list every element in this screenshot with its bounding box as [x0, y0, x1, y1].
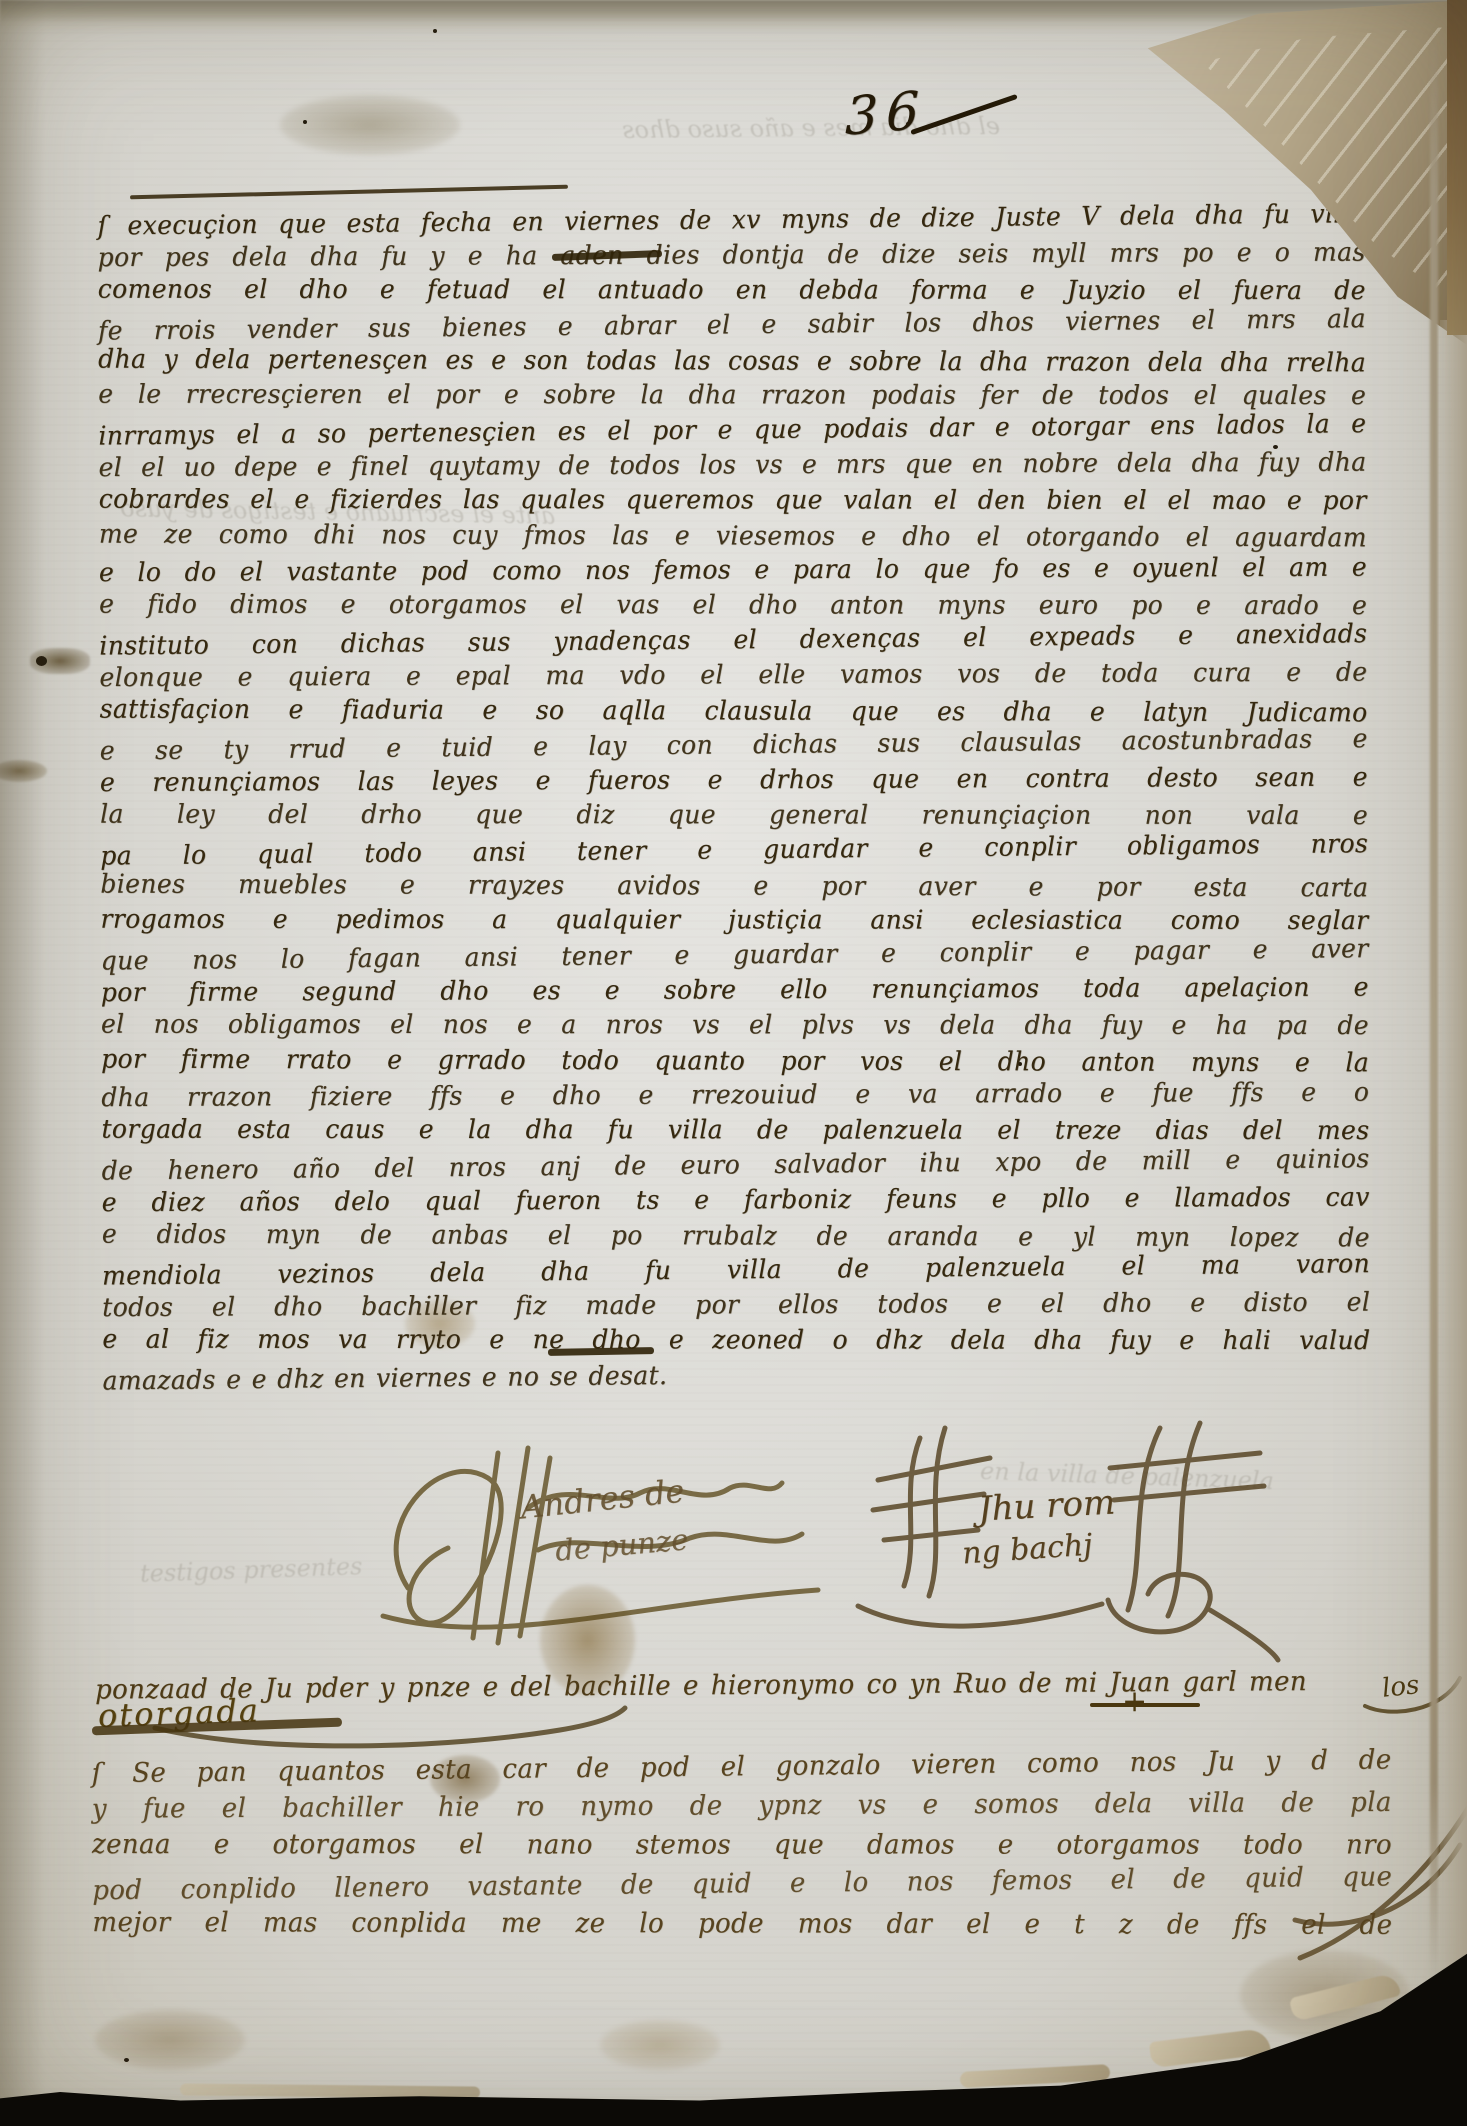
end-flourish: [1280, 1800, 1467, 1970]
cross-mark-bar: [1090, 1703, 1200, 1707]
manuscript-line: e renunçiamos las leyes e fueros e drhos…: [100, 759, 1368, 801]
torn-edge-shard: [1289, 1972, 1402, 2022]
lower-text-block: ſ Se pan quantos esta car de pod el gonz…: [91, 1745, 1392, 1947]
paper-sheet: el dho dia mes e año suso dhos ante el e…: [0, 0, 1467, 2126]
manuscript-line: por pes dela dha fu y e ha aden dies don…: [98, 234, 1366, 276]
manuscript-line: elonque e quiera e epal ma vdo el elle v…: [99, 654, 1367, 696]
right-edge-crease: [1430, 30, 1438, 1980]
right-edge-band: [1440, 320, 1467, 1970]
stain-blotch: [280, 95, 460, 155]
manuscript-line: e lo do el vastante pod como nos femos e…: [99, 549, 1367, 591]
torn-edge-shard: [960, 2064, 1111, 2088]
heading-rule-stroke: [130, 185, 568, 200]
bleedthrough-line: testigos presentes: [140, 1552, 363, 1588]
manuscript-line: dha rrazon fiziere ffs e dho e rrezouiud…: [101, 1074, 1369, 1116]
ink-spot: [36, 656, 47, 666]
stain-blotch: [95, 2010, 245, 2070]
torn-edge-shard: [180, 2083, 480, 2098]
right-signature-name: Jhu rom: [977, 1482, 1116, 1529]
manuscript-line: dha y dela pertenesçen es e son todas la…: [98, 340, 1366, 381]
manuscript-line: bienes muebles e rrayzes avidos e por av…: [100, 865, 1368, 906]
binding-edge-strip: [1447, 0, 1467, 335]
manuscript-line: por firme segund dho es e sobre ello ren…: [101, 969, 1369, 1011]
folio-number: 36: [845, 80, 928, 147]
manuscript-line: el el uo depe e finel quytamy de todos l…: [98, 444, 1366, 486]
manuscript-line: amazads e e dhz en viernes e no se desat…: [102, 1350, 1370, 1399]
manuscript-line: el nos obligamos el nos e a nros vs el p…: [101, 1006, 1369, 1044]
manuscript-line: cobrardes el e fizierdes las quales quer…: [99, 481, 1367, 519]
manuscript-line: e diez años delo qual fueron ts e farbon…: [102, 1179, 1370, 1221]
manuscript-photo: el dho dia mes e año suso dhos ante el e…: [0, 0, 1467, 2126]
manuscript-line: y fue el bachiller hie ro nymo de ypnz v…: [92, 1783, 1392, 1830]
left-edge-shadow: [0, 0, 46, 2126]
cross-mark: +: [1122, 1684, 1147, 1719]
ink-spot: [124, 2058, 129, 2062]
torn-edge-shard: [1149, 2028, 1271, 2068]
ink-spot: [303, 120, 307, 124]
main-text-block: ſ execuçion que esta fecha en viernes de…: [97, 199, 1370, 1395]
ink-spot: [433, 29, 437, 33]
stain-blotch: [600, 2020, 720, 2070]
manuscript-line: todos el dho bachiller fiz made por ello…: [102, 1284, 1370, 1326]
manuscript-line: mejor el mas conplida me ze lo pode mos …: [92, 1903, 1392, 1947]
